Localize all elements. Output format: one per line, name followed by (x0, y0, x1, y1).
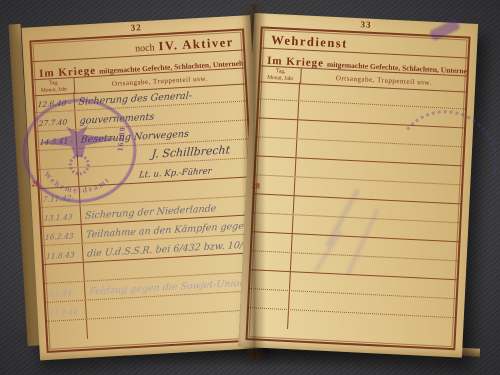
entry-date: 11.4.44 (46, 303, 79, 318)
svg-text:Wehrmeldeamt: Wehrmeldeamt (42, 166, 113, 197)
stamp-ring-text: Wehrmeldeamt (42, 166, 113, 197)
wehrpass-left-page: 32 28 nochIV. Aktiver Im Kriegemitgemach… (22, 15, 269, 360)
section-heading: IV. Aktiver (158, 35, 234, 53)
entry-date: 13.1.43 (41, 208, 74, 223)
entry-date: 11.8.43 (43, 246, 76, 261)
entry-date: 16.2.43 (42, 227, 75, 242)
war-actions-table-right: Wehrdienst Im Kriegemitgemachte Gefechte… (245, 26, 470, 350)
margin-number-right: 28 (252, 181, 260, 190)
section-heading: Wehrdienst (271, 33, 348, 51)
noch-label: noch (135, 42, 155, 54)
entry-date: 9.1.44 - (45, 284, 78, 299)
round-official-stamp: Wehrmeldeamt 16889 (20, 96, 140, 206)
wehrpass-right-page: 33 28 Wehrdienst Im Kriegemitgemachte Ge… (238, 13, 478, 358)
